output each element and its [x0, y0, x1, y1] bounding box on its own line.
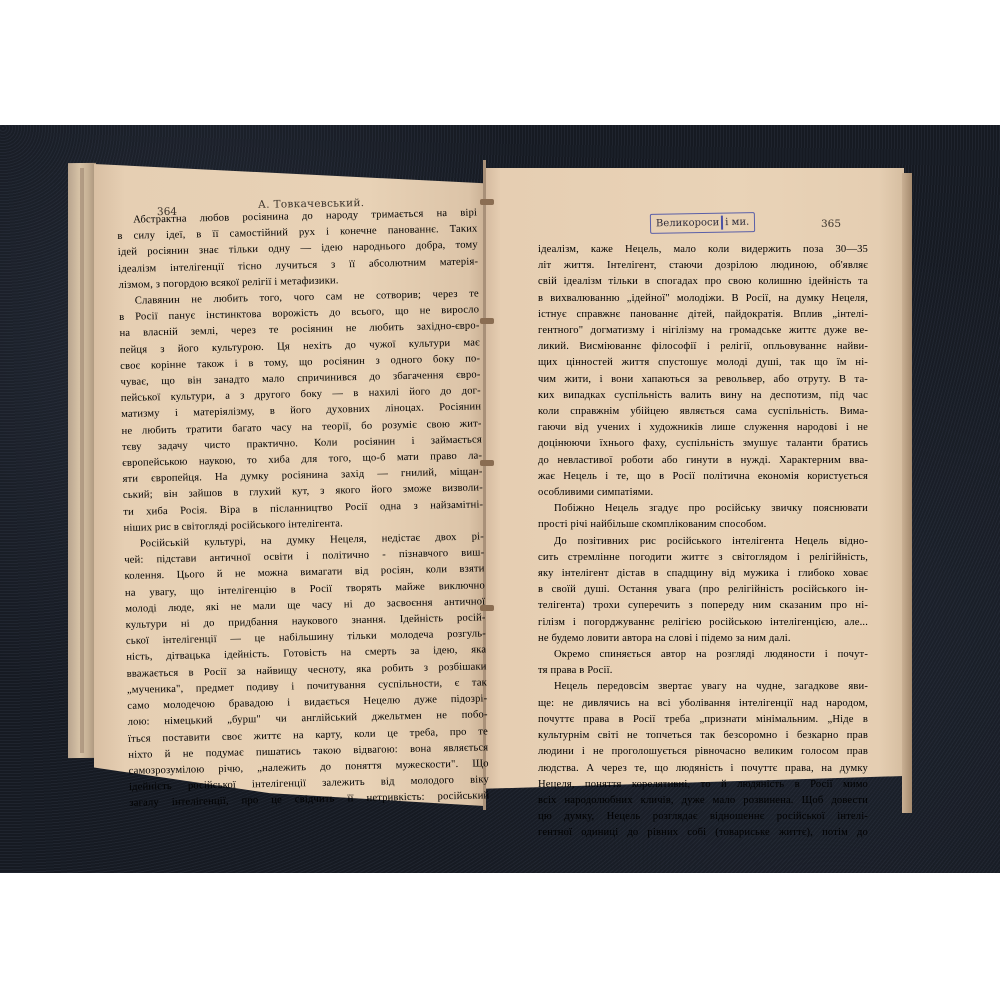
book-cover-fold	[80, 168, 84, 753]
text-line: гаючи від учених і художників лише служе…	[538, 420, 868, 436]
text-line: гентного" догматизму і нігілізму на гром…	[538, 323, 868, 339]
binding-stitch	[480, 199, 494, 205]
text-line: в вихвалюванню „ідейної" молодіжи. В Рос…	[538, 291, 868, 307]
text-line: яку інтелігент дістав в спадщину від муж…	[538, 566, 868, 582]
text-line: істнує справжнє панованнє дітей, пайдокр…	[538, 307, 868, 323]
text-line: цю думку, Нецель розглядає відношеннє ро…	[538, 809, 868, 825]
text-line: чим жити, і вони хапаються за револьвер,…	[538, 372, 868, 388]
pen-mark	[721, 216, 723, 230]
text-line: літ життя. Інтелігент, стаючи дозрілою л…	[538, 258, 868, 274]
text-line: доцінюючи їхнього фаху, суспільність зму…	[538, 436, 868, 452]
text-line: ідеалізм, каже Нецель, мало коли видержи…	[538, 242, 868, 258]
text-line: тя права в Росії.	[538, 663, 868, 679]
text-line: сить стремлінне погодити життє з світогл…	[538, 550, 868, 566]
text-line: коли справжнім убійцею являється сама су…	[538, 404, 868, 420]
text-line: Нецеля, поняття корелятивні, то й людяні…	[538, 777, 868, 793]
text-line: Окремо спиняється автор на розгляді людя…	[538, 647, 868, 663]
text-line: людини і не проголошується рівночасно ве…	[538, 744, 868, 760]
text-line: людства. А через те, що людяність і почу…	[538, 761, 868, 777]
text-line: жає Нецель і те, що в Росії політична ек…	[538, 469, 868, 485]
page-stack-edge	[902, 173, 912, 813]
text-line: почуттє права в Росії треба „признати мі…	[538, 712, 868, 728]
text-line: Побіжно Нецель згадує про російську звич…	[538, 501, 868, 517]
text-line: гілізм і погорджуваннє релігією російськ…	[538, 615, 868, 631]
text-line: до невластивої роботи або гинути в нужді…	[538, 453, 868, 469]
text-line: ких випадках суспільність валить вину на…	[538, 388, 868, 404]
text-line: прості річі найбільше скомплікованим спо…	[538, 517, 868, 533]
text-line: не будемо ловити автора на слові і підем…	[538, 631, 868, 647]
text-line: всіх народолюбних кличів, дуже мало розв…	[538, 793, 868, 809]
text-line: ликий. Висміюваннє філософії і релігії, …	[538, 339, 868, 355]
right-page-body: ідеалізм, каже Нецель, мало коли видержи…	[538, 242, 868, 842]
stamped-running-head: Великоросиі ми.	[650, 212, 756, 234]
text-line: в своїй душі. Остання увага (про релігій…	[538, 582, 868, 598]
text-line: гентної одиниці до рівних собі (товарись…	[538, 825, 868, 841]
text-line: До позітивних рис російського інтелігент…	[538, 534, 868, 550]
text-line: ще: не дивлячись на всі уболівання інтел…	[538, 696, 868, 712]
left-page-body: Абстрактна любов росіянина до народу три…	[117, 205, 489, 812]
text-line: телігента) трохи суперечить з попереду н…	[538, 598, 868, 614]
text-line: щих цінностей життя спустошує молоді душ…	[538, 355, 868, 371]
running-head-right-rest: і ми.	[725, 217, 749, 228]
text-line: особливими симпатіями.	[538, 485, 868, 501]
text-line: Нецель передовсім звертає увагу на чудне…	[538, 679, 868, 695]
page-number-right: 365	[821, 218, 841, 230]
text-line: культурнім світі не топчеться так безсор…	[538, 728, 868, 744]
binding-stitch	[480, 318, 494, 324]
text-line: свій ідеалізм тільки в спогадах про свою…	[538, 274, 868, 290]
running-head-right-stamped: Великороси	[656, 217, 719, 229]
